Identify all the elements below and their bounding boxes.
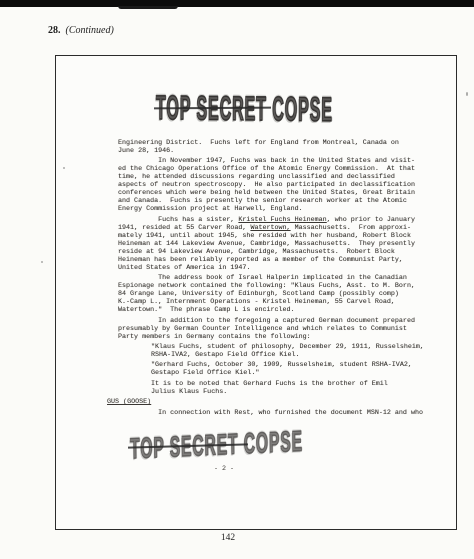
text-run: presumably by German Counter Intelligenc… bbox=[118, 325, 407, 333]
text-run: Julius Klaus Fuchs. bbox=[151, 388, 227, 396]
text-run: Espionage network contained the followin… bbox=[118, 282, 415, 290]
typed-line: Party members in Germany contains the fo… bbox=[118, 333, 452, 341]
typed-line: The address book of Israel Halperin impl… bbox=[118, 274, 452, 282]
paragraph: Fuchs has a sister, Kristel Fuchs Heinem… bbox=[118, 216, 452, 272]
typed-line: June 28, 1946. bbox=[118, 147, 452, 155]
text-run: Heineman at 144 Lakeview Avenue, Cambrid… bbox=[118, 240, 415, 248]
noise-speck bbox=[63, 167, 65, 169]
paragraph: Engineering District. Fuchs left for Eng… bbox=[118, 139, 452, 155]
paragraph: It is to be noted that Gerhard Fuchs is … bbox=[151, 380, 452, 396]
text-run: , who prior to January bbox=[327, 216, 415, 224]
typed-line: RSHA-IVA2, Gestapo Field Office Kiel. bbox=[151, 351, 452, 359]
text-run: "Klaus Fuchs, student of philosophy, Dec… bbox=[151, 343, 424, 351]
text-run: Gestapo Field Office Kiel." bbox=[151, 369, 259, 377]
typed-line: K.-Camp L., Internment Operations - Kris… bbox=[118, 298, 452, 306]
text-run: In addition to the foregoing a captured … bbox=[118, 317, 415, 325]
text-run: Party members in Germany contains the fo… bbox=[118, 333, 311, 341]
typed-line: Heineman has been reliably reported as a… bbox=[118, 256, 452, 264]
scanned-book-page: { "book_page": { "section_number": "28."… bbox=[0, 0, 474, 559]
text-run: Massachusetts. From approxi- bbox=[291, 224, 411, 232]
typed-line: It is to be noted that Gerhard Fuchs is … bbox=[151, 380, 452, 388]
text-run: mately 1941, until about 1945, she resid… bbox=[118, 232, 411, 240]
text-run: United States of America in 1947. bbox=[118, 264, 250, 272]
text-run: Engineering District. Fuchs left for Eng… bbox=[118, 139, 399, 147]
underlined-text: GUS (GOOSE) bbox=[107, 398, 151, 406]
noise-speck bbox=[41, 261, 43, 263]
continued-label: (Continued) bbox=[66, 25, 114, 36]
text-run: Watertown." The phrase Camp L is encircl… bbox=[118, 306, 295, 314]
typed-line: presumably by German Counter Intelligenc… bbox=[118, 325, 452, 333]
typed-line: GUS (GOOSE) bbox=[107, 398, 452, 406]
scan-edge-artifact bbox=[118, 6, 178, 9]
paragraph: In addition to the foregoing a captured … bbox=[118, 317, 452, 341]
paragraph: In connection with Rest, who furnished t… bbox=[118, 409, 452, 417]
document-scan-frame: TOP SECRET COPSE Engineering District. F… bbox=[55, 55, 457, 530]
text-run: It is to be noted that Gerhard Fuchs is … bbox=[151, 380, 388, 388]
noise-speck bbox=[466, 92, 468, 96]
paragraph: In November 1947, Fuchs was back in the … bbox=[118, 157, 452, 213]
underlined-text: Kristel Fuchs Heineman bbox=[238, 216, 326, 224]
scan-edge-bar bbox=[0, 0, 474, 7]
top-secret-stamp-text: TOP SECRET COPSE bbox=[156, 89, 333, 131]
typed-line: Julius Klaus Fuchs. bbox=[151, 388, 452, 396]
document-page-number: - 2 - bbox=[214, 465, 234, 473]
paragraph: The address book of Israel Halperin impl… bbox=[118, 274, 452, 314]
section-number: 28. bbox=[48, 25, 61, 36]
text-run: Energy Commission project at Harwell, En… bbox=[118, 205, 303, 213]
text-run: Fuchs has a sister, bbox=[118, 216, 238, 224]
typed-line: mately 1941, until about 1945, she resid… bbox=[118, 232, 452, 240]
typed-line: "Klaus Fuchs, student of philosophy, Dec… bbox=[151, 343, 452, 351]
typed-line: Fuchs has a sister, Kristel Fuchs Heinem… bbox=[118, 216, 452, 224]
typed-line: In connection with Rest, who furnished t… bbox=[118, 409, 452, 417]
typed-line: Heineman at 144 Lakeview Avenue, Cambrid… bbox=[118, 240, 452, 248]
text-run: 1941, resided at 55 Carver Road, bbox=[118, 224, 250, 232]
text-run: reside at 94 Lakeview Avenue, Cambridge,… bbox=[118, 248, 395, 256]
text-run: Heineman has been reliably reported as a… bbox=[118, 256, 403, 264]
underlined-text: Watertown, bbox=[250, 224, 290, 232]
paragraph: "Gerhard Fuchs, October 30, 1909, Russel… bbox=[151, 361, 452, 377]
paragraph: GUS (GOOSE) bbox=[107, 398, 452, 406]
typed-document-text: Engineering District. Fuchs left for Eng… bbox=[107, 139, 452, 419]
typed-line: Watertown." The phrase Camp L is encircl… bbox=[118, 306, 452, 314]
typed-line: reside at 94 Lakeview Avenue, Cambridge,… bbox=[118, 248, 452, 256]
typed-line: United States of America in 1947. bbox=[118, 264, 452, 272]
text-run: In connection with Rest, who furnished t… bbox=[118, 409, 423, 417]
text-run: The address book of Israel Halperin impl… bbox=[118, 274, 407, 282]
typed-line: Espionage network contained the followin… bbox=[118, 282, 452, 290]
typed-line: 1941, resided at 55 Carver Road, Waterto… bbox=[118, 224, 452, 232]
typed-line: Gestapo Field Office Kiel." bbox=[151, 369, 452, 377]
section-header: 28. (Continued) bbox=[48, 25, 114, 36]
text-run: K.-Camp L., Internment Operations - Kris… bbox=[118, 298, 395, 306]
typed-line: Energy Commission project at Harwell, En… bbox=[118, 205, 452, 213]
typed-line: In addition to the foregoing a captured … bbox=[118, 317, 452, 325]
text-run: 84 Grange Lane, University of Edinburgh,… bbox=[118, 290, 399, 298]
text-run: June 28, 1946. bbox=[118, 147, 174, 155]
book-page-number: 142 bbox=[203, 533, 253, 543]
typed-line: Engineering District. Fuchs left for Eng… bbox=[118, 139, 452, 147]
typed-line: 84 Grange Lane, University of Edinburgh,… bbox=[118, 290, 452, 298]
text-run: RSHA-IVA2, Gestapo Field Office Kiel. bbox=[151, 351, 300, 359]
paragraph: "Klaus Fuchs, student of philosophy, Dec… bbox=[151, 343, 452, 359]
